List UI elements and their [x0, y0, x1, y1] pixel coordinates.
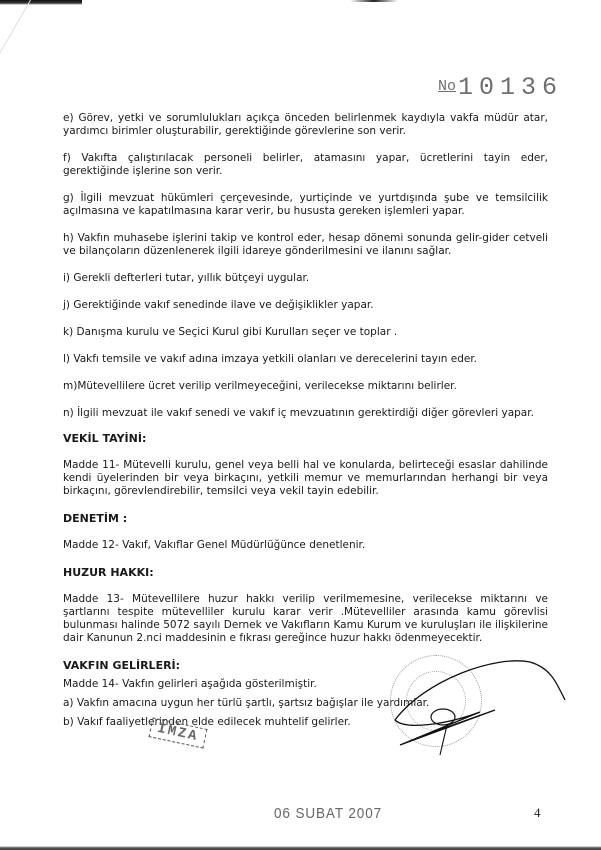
item-h: h) Vakfın muhasebe işlerini takip ve kon…: [63, 232, 548, 258]
item-i: i) Gerekli defterleri tutar, yıllık bütç…: [63, 272, 548, 285]
signature: [385, 650, 575, 760]
document-body: e) Görev, yetki ve sorumlulukları açıkça…: [63, 112, 548, 735]
scan-fold-line: [0, 0, 31, 57]
section-heading-denetim: DENETİM :: [63, 512, 548, 525]
item-m: m)Mütevellilere ücret verilip verilmeyec…: [63, 380, 548, 393]
item-e: e) Görev, yetki ve sorumlulukları açıkça…: [63, 112, 548, 138]
number-prefix: No: [438, 78, 456, 95]
item-k: k) Danışma kurulu ve Seçici Kurul gibi K…: [63, 326, 548, 339]
section-heading-huzur-hakki: HUZUR HAKKI:: [63, 566, 548, 579]
section-heading-vekil-tayini: VEKİL TAYİNİ:: [63, 432, 548, 445]
scan-edge-mark: [350, 0, 398, 2]
item-l: l) Vakfı temsile ve vakıf adına imzaya y…: [63, 353, 548, 366]
date-stamp: 06 SUBAT 2007: [274, 805, 382, 822]
scan-edge-shadow: [0, 0, 82, 5]
item-f: f) Vakıfta çalıştırılacak personeli beli…: [63, 152, 548, 178]
item-g: g) İlgili mevzuat hükümleri çerçevesinde…: [63, 192, 548, 218]
number-value: 10136: [458, 73, 563, 102]
document-number-stamp: No10136: [438, 73, 563, 102]
page-number: 4: [534, 805, 541, 821]
madde-11: Madde 11- Mütevelli kurulu, genel veya b…: [63, 459, 548, 498]
item-n: n) İlgili mevzuat ile vakıf senedi ve va…: [63, 407, 548, 420]
madde-13: Madde 13- Mütevellilere huzur hakkı veri…: [63, 593, 548, 645]
scan-edge-shadow-bottom: [0, 846, 601, 850]
item-j: j) Gerektiğinde vakıf senedinde ilave ve…: [63, 299, 548, 312]
madde-12: Madde 12- Vakıf, Vakıflar Genel Müdürlüğ…: [63, 539, 548, 552]
